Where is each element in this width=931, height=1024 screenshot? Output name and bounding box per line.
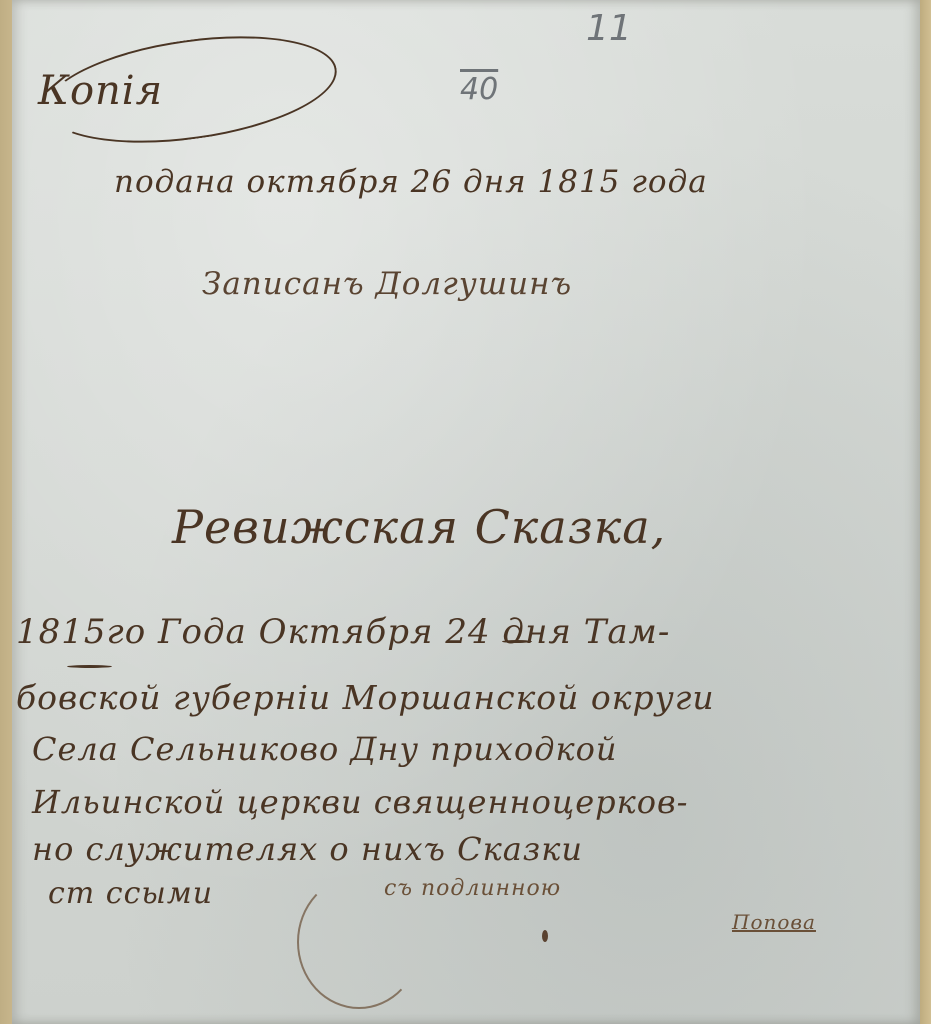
body-line-5: но служителях о нихъ Сказки <box>32 830 583 868</box>
ink-blot <box>542 930 548 942</box>
manuscript-page: Копія 40 11 подана октября 26 дня 1815 г… <box>12 0 920 1024</box>
document-title: Ревижская Сказка, <box>172 500 666 554</box>
body-line-6: ст ссыми <box>48 876 213 911</box>
scanned-document: Копія 40 11 подана октября 26 дня 1815 г… <box>0 0 931 1024</box>
body-line-4: Ильинской церкви священноцерков- <box>32 783 688 821</box>
signature: Попова <box>732 910 816 934</box>
body-line-2: бовской губерніи Моршанской округи <box>16 678 715 717</box>
body-line-3: Села Сельниково Дну приходкой <box>32 730 618 768</box>
attestation-text: съ подлинною <box>384 876 561 901</box>
pencil-mark: 11 <box>586 8 632 49</box>
registration-line: Записанъ Долгушинъ <box>202 266 572 302</box>
submission-date-line: подана октября 26 дня 1815 года <box>114 164 708 200</box>
body-line-1: 1815го Года Октября 24 дня Там- <box>16 612 670 652</box>
ink-flourish <box>502 640 532 643</box>
ink-flourish <box>67 665 112 668</box>
copy-label: Копія <box>38 68 163 114</box>
pencil-page-number: 40 <box>460 72 498 107</box>
